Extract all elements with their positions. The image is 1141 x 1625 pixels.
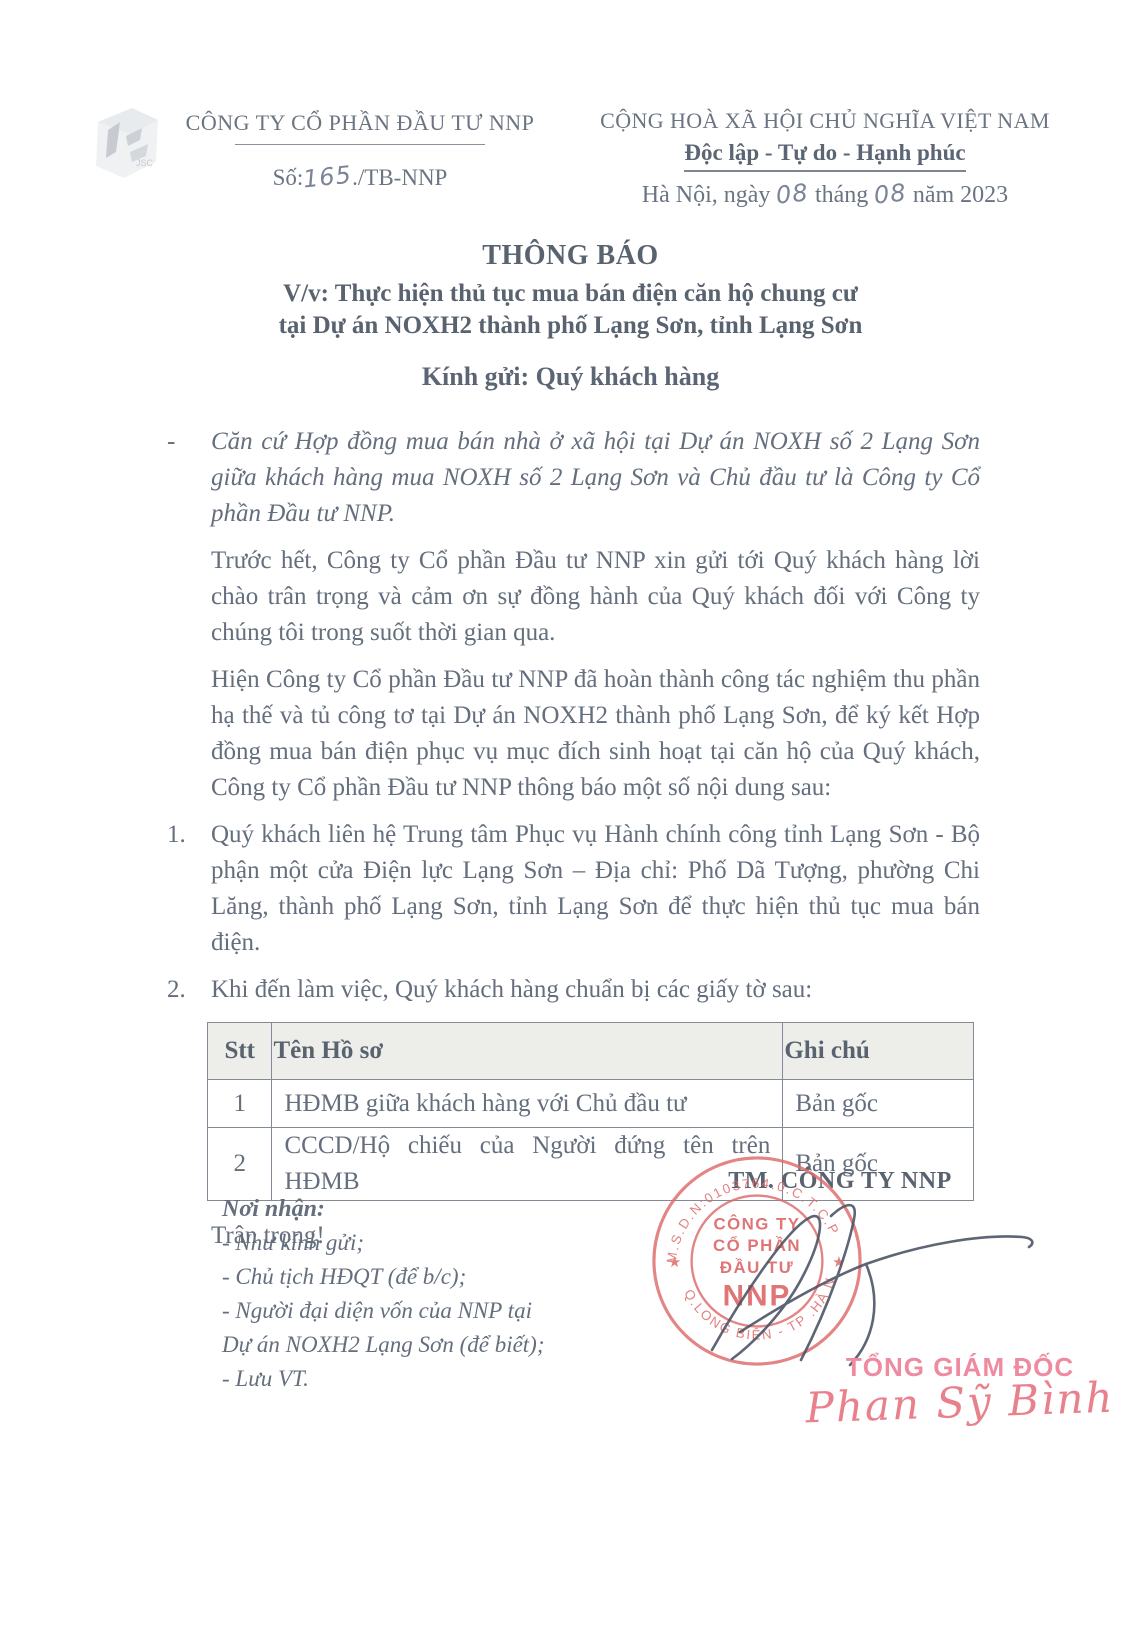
paragraph-announcement: Hiện Công ty Cổ phần Đầu tư NNP đã hoàn … [165,662,980,806]
national-title: CỘNG HOÀ XÃ HỘI CHỦ NGHĨA VIỆT NAM [590,108,1060,134]
doc-number-handwritten: 165 [302,161,353,194]
date-month-handwritten: 08 [873,178,908,209]
doc-number-line: Số:165./TB-NNP [160,163,560,191]
header-ghi-chu: Ghi chú [783,1023,974,1080]
header-right: CỘNG HOÀ XÃ HỘI CHỦ NGHĨA VIỆT NAM Độc l… [590,108,1060,209]
row1-name: HĐMB giữa khách hàng với Chủ đầu tư [272,1080,783,1128]
subject-line-2: tại Dự án NOXH2 thành phố Lạng Sơn, tỉnh… [0,310,1141,342]
recipient-item: - Lưu VT. [222,1362,552,1396]
salutation: Kính gửi: Quý khách hàng [0,362,1141,392]
paragraph-greeting: Trước hết, Công ty Cổ phần Đầu tư NNP xi… [165,543,980,651]
item-2-text: Khi đến làm việc, Quý khách hàng chuẩn b… [211,976,812,1003]
date-line: Hà Nội, ngày 08 tháng 08 năm 2023 [590,180,1060,209]
table-header-row: Stt Tên Hồ sơ Ghi chú [208,1023,974,1080]
document-body: - Căn cứ Hợp đồng mua bán nhà ở xã hội t… [165,424,980,1254]
doc-number-suffix: ./TB-NNP [352,165,447,190]
header-ten-ho-so: Tên Hồ sơ [272,1023,783,1080]
table-row: 1 HĐMB giữa khách hàng với Chủ đầu tư Bả… [208,1080,974,1128]
recipient-item: - Người đại diện vốn của NNP tại Dự án N… [222,1294,552,1362]
recipient-item: - Chủ tịch HĐQT (để b/c); [222,1260,552,1294]
item-1-number: 1. [167,817,207,853]
item-2: 2. Khi đến làm việc, Quý khách hàng chuẩ… [165,972,980,1008]
national-motto: Độc lập - Tự do - Hạnh phúc [684,140,965,172]
signer-name: Phan Sỹ Bình [789,1372,1131,1433]
date-mid: tháng [815,182,868,208]
document-subject: V/v: Thực hiện thủ tục mua bán điện căn … [0,278,1141,342]
company-underline [235,144,485,145]
header-left: CÔNG TY CỔ PHẦN ĐẦU TƯ NNP Số:165./TB-NN… [160,110,560,191]
basis-dash: - [167,424,207,460]
basis-text: Căn cứ Hợp đồng mua bán nhà ở xã hội tại… [211,428,980,527]
svg-text:JSC: JSC [136,158,154,168]
row1-note: Bản gốc [783,1080,974,1128]
subject-line-1: V/v: Thực hiện thủ tục mua bán điện căn … [0,278,1141,310]
date-day-handwritten: 08 [775,178,810,209]
director-signature [682,1182,1062,1377]
doc-number-prefix: Số: [273,165,304,190]
item-1-text: Quý khách liên hệ Trung tâm Phục vụ Hành… [211,821,980,956]
date-prefix: Hà Nội, ngày [642,182,771,208]
row1-stt: 1 [208,1080,272,1128]
company-name: CÔNG TY CỔ PHẦN ĐẦU TƯ NNP [160,110,560,136]
recipients-title: Nơi nhận: [222,1192,552,1226]
basis-paragraph: - Căn cứ Hợp đồng mua bán nhà ở xã hội t… [165,424,980,532]
row2-stt: 2 [208,1128,272,1201]
recipients-block: Nơi nhận: - Như kính gửi; - Chủ tịch HĐQ… [222,1192,552,1396]
item-1: 1. Quý khách liên hệ Trung tâm Phục vụ H… [165,817,980,961]
document-page: JSC CÔNG TY CỔ PHẦN ĐẦU TƯ NNP Số:165./T… [0,0,1141,1625]
header-stt: Stt [208,1023,272,1080]
title-block: THÔNG BÁO V/v: Thực hiện thủ tục mua bán… [0,240,1141,342]
company-logo: JSC [86,100,166,188]
recipient-item: - Như kính gửi; [222,1226,552,1260]
date-suffix: năm 2023 [913,182,1008,208]
stamp-star-left-icon: ★ [668,1255,681,1271]
item-2-number: 2. [167,972,207,1008]
document-title: THÔNG BÁO [0,240,1141,272]
